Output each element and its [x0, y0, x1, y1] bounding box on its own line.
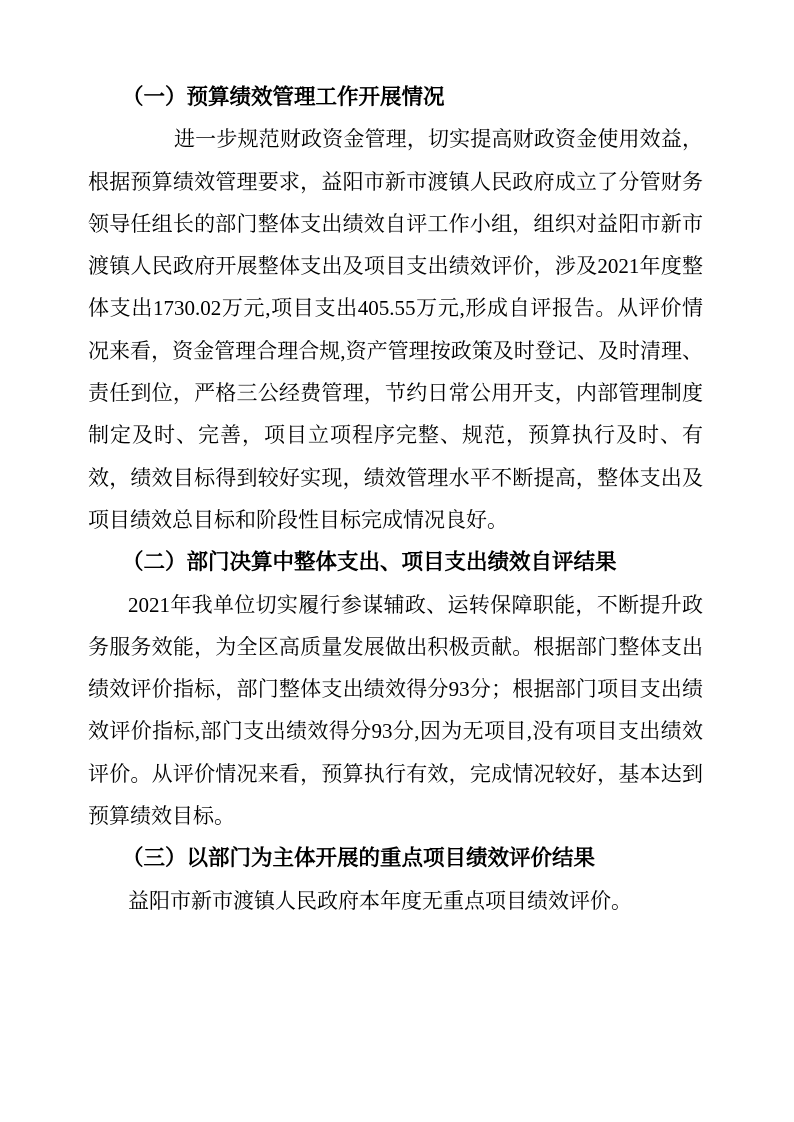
section-heading-self-evaluation-results: （二）部门决算中整体支出、项目支出绩效自评结果	[88, 541, 703, 583]
section-heading-budget-performance-work: （一）预算绩效管理工作开展情况	[88, 76, 703, 118]
paragraph-key-project-evaluation: 益阳市新市渡镇人民政府本年度无重点项目绩效评价。	[88, 880, 703, 922]
document-body: （一）预算绩效管理工作开展情况 进一步规范财政资金管理，切实提高财政资金使用效益…	[88, 76, 703, 922]
document-page: （一）预算绩效管理工作开展情况 进一步规范财政资金管理，切实提高财政资金使用效益…	[0, 0, 794, 1122]
section-heading-key-project-evaluation: （三）以部门为主体开展的重点项目绩效评价结果	[88, 837, 703, 879]
paragraph-budget-performance-work: 进一步规范财政资金管理，切实提高财政资金使用效益，根据预算绩效管理要求，益阳市新…	[88, 118, 703, 541]
paragraph-self-evaluation-results: 2021年我单位切实履行参谋辅政、运转保障职能，不断提升政务服务效能，为全区高质…	[88, 584, 703, 838]
